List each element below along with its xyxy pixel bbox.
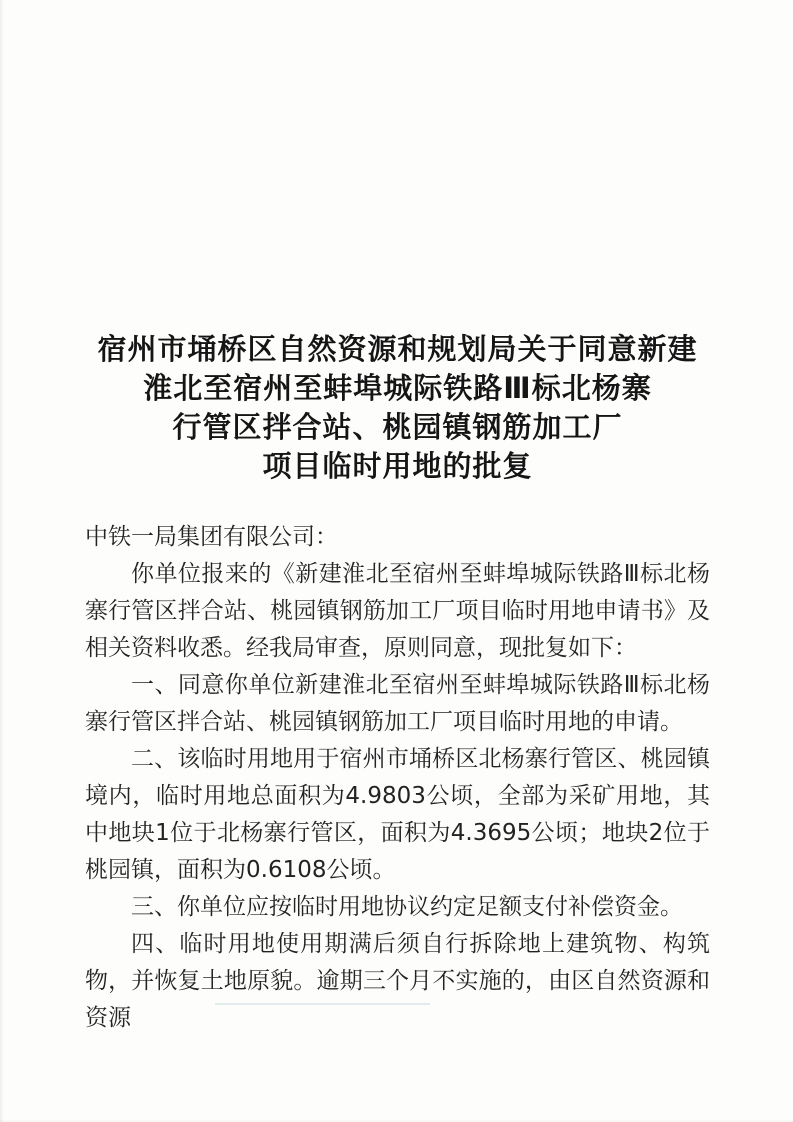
document-body: 中铁一局集团有限公司： 你单位报来的《新建淮北至宿州至蚌埠城际铁路Ⅲ标北杨寨行管… [85,519,710,1037]
title-line-1: 宿州市埇桥区自然资源和规划局关于同意新建 [85,330,710,369]
paragraph-item-3: 三、你单位应按临时用地协议约定足额支付补偿资金。 [85,889,710,926]
paragraph-item-2: 二、该临时用地用于宿州市埇桥区北杨寨行管区、桃园镇境内，临时用地总面积为4.98… [85,741,710,889]
paragraph-intro: 你单位报来的《新建淮北至宿州至蚌埠城际铁路Ⅲ标北杨寨行管区拌合站、桃园镇钢筋加工… [85,556,710,667]
document-page: 宿州市埇桥区自然资源和规划局关于同意新建 淮北至宿州至蚌埠城际铁路Ⅲ标北杨寨 行… [0,0,793,1122]
document-content: 宿州市埇桥区自然资源和规划局关于同意新建 淮北至宿州至蚌埠城际铁路Ⅲ标北杨寨 行… [85,330,710,1037]
document-title: 宿州市埇桥区自然资源和规划局关于同意新建 淮北至宿州至蚌埠城际铁路Ⅲ标北杨寨 行… [85,330,710,486]
salutation-line: 中铁一局集团有限公司： [85,519,710,556]
title-line-2: 淮北至宿州至蚌埠城际铁路Ⅲ标北杨寨 [85,369,710,408]
title-line-4: 项目临时用地的批复 [85,447,710,486]
paragraph-item-1: 一、同意你单位新建淮北至宿州至蚌埠城际铁路Ⅲ标北杨寨行管区拌合站、桃园镇钢筋加工… [85,667,710,741]
title-line-3: 行管区拌合站、桃园镇钢筋加工厂 [85,408,710,447]
scan-edge-shadow-left [0,0,4,1122]
paragraph-item-4: 四、临时用地使用期满后须自行拆除地上建筑物、构筑物，并恢复土地原貌。逾期三个月不… [85,926,710,1037]
